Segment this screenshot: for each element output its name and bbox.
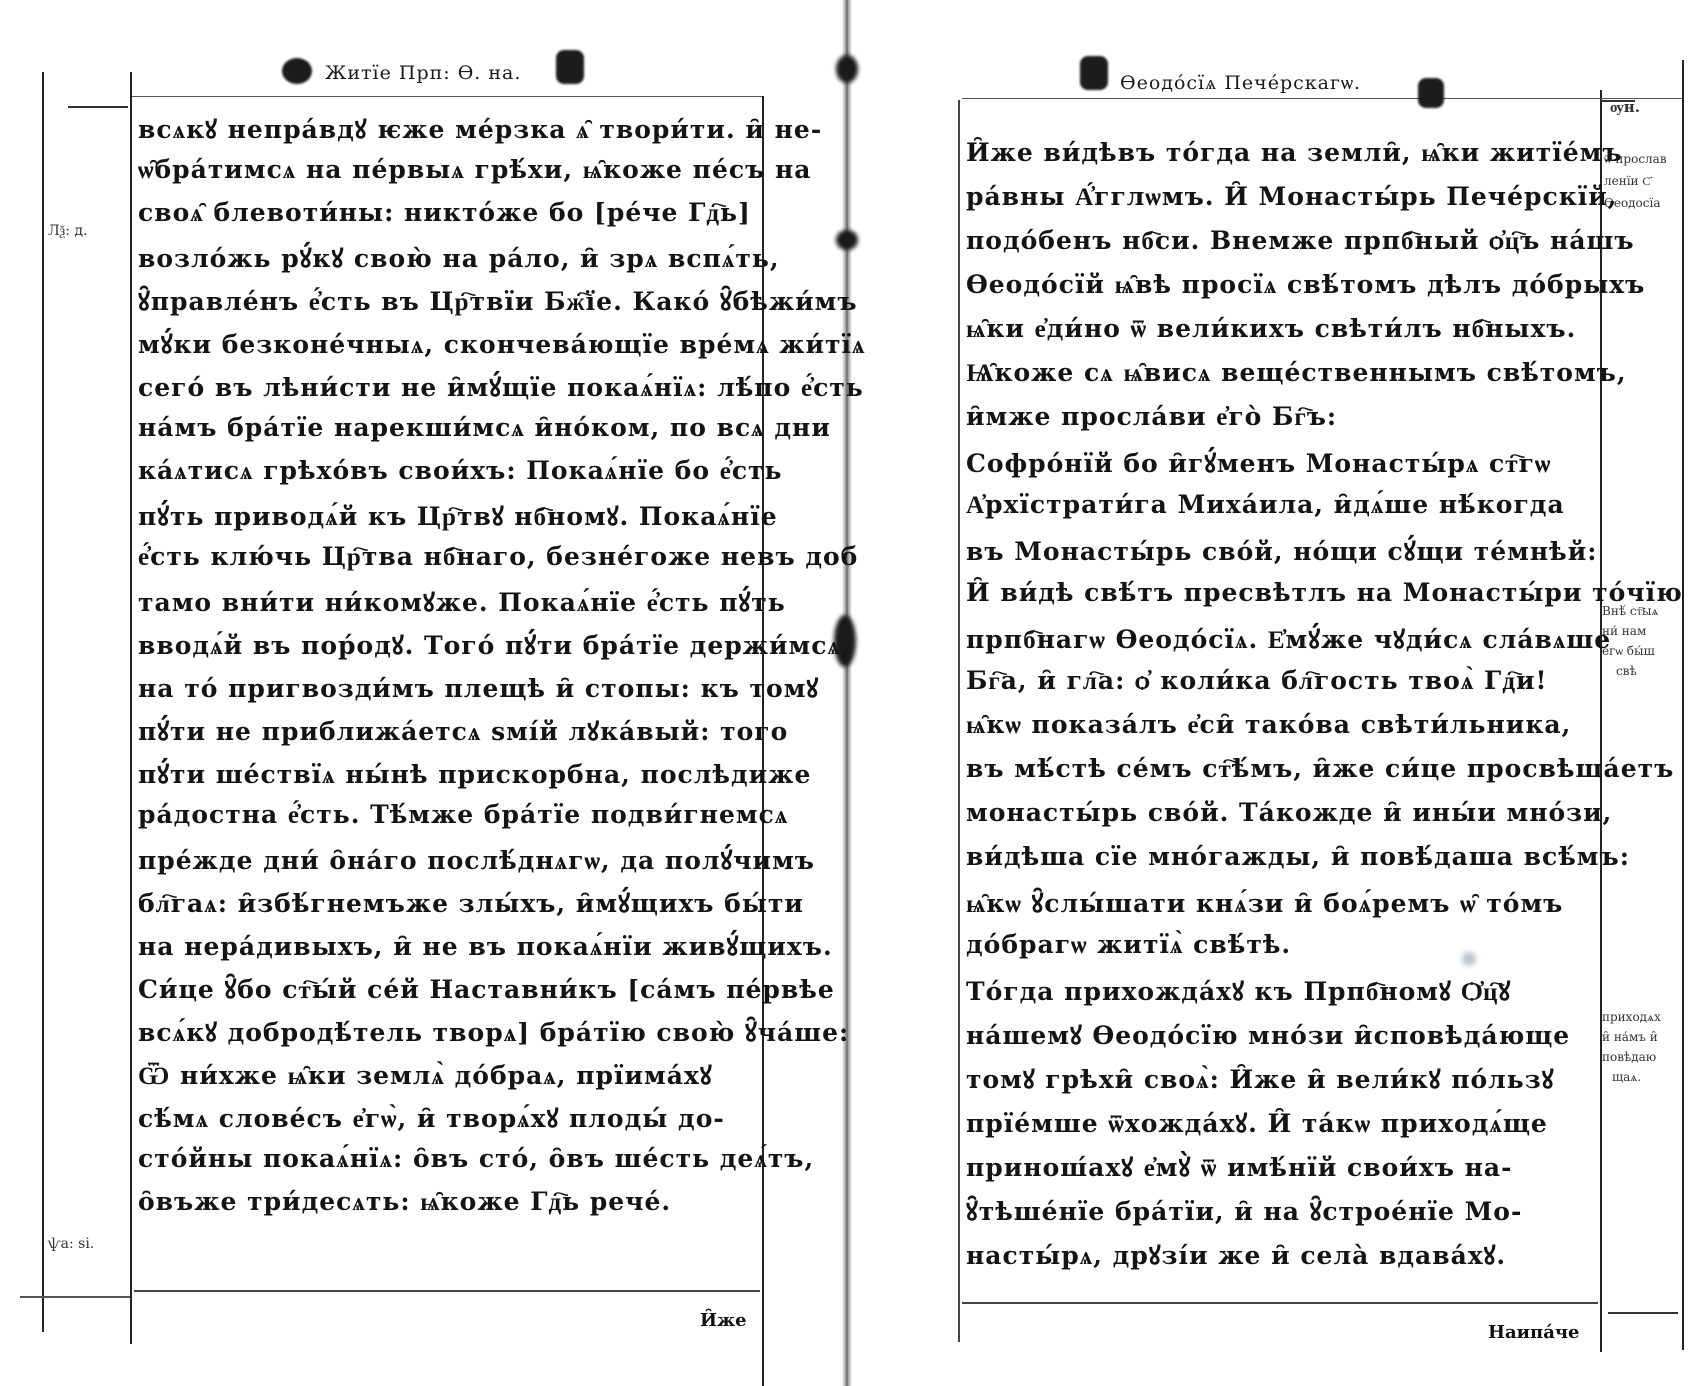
text-line: монасты́рь сво́й. Та́кожде и̑ ины́и мно́…: [966, 798, 1612, 827]
catchword: Наипа́че: [1488, 1322, 1580, 1343]
text-line: принош́ахꙋ е҆мꙋ̀ ѿ имѣ́нїй свои́хъ на-: [966, 1150, 1512, 1184]
margin-note: повѣдаю: [1602, 1048, 1656, 1067]
text-line: ѩ̑кѡ показа́лъ е҆си̑ тако́ва свѣти́льник…: [966, 710, 1571, 740]
text-line: ра́вны А҆́гглѡмъ. И̑ Монасты́рь Пече́рск…: [966, 182, 1618, 212]
text-line: возло́жь рꙋ́кꙋ свою̀ на ра́ло, и̑ зрѧ вс…: [138, 241, 780, 275]
binding-blot: [836, 230, 858, 250]
text-line: То́гда прихожда́хꙋ къ Прпб҇номꙋ Ѻ҆ц҇ꙋ: [966, 974, 1511, 1008]
margin-note: свѣ: [1616, 662, 1637, 681]
left-inner-margin-rule: [130, 72, 132, 1344]
running-head: Житїе Прп: Ѳ. на.: [325, 62, 521, 84]
text-line: ра́достна е҆́сть. Тѣ́мже бра́тїе подви́г…: [138, 800, 788, 830]
book-binding-gutter: [842, 0, 852, 1386]
catchword: И̑же: [700, 1310, 747, 1331]
text-line: на то́ пригвозди́мъ плещѣ и̑ стопы: къ т…: [138, 671, 819, 705]
text-line: е҆́сть клю́чь Цр҇тва нб҇наго, безне́гоже…: [138, 542, 858, 572]
text-line: томꙋ грѣхи̑ своѧ̀: И̑же и̑ вели́кꙋ по́ль…: [966, 1062, 1554, 1096]
text-line: тамо вни́ти ни́комꙋже. Покаѧ́нїе е҆́сть …: [138, 585, 786, 619]
text-line: И̑же ви́дѣвъ то́гда на земли̑, ѩ̑ки житї…: [966, 138, 1623, 168]
text-line: ѡ̑бра́тимсѧ на пе́рвыѧ грѣ́хи, ѩ̑коже пе…: [138, 155, 811, 185]
text-line: Софро́нїй бо и̑гꙋ́менъ Монасты́рѧ ст҇гѡ: [966, 446, 1551, 480]
text-line: пре́жде дни́ о̑на́го послѣ́днѧгѡ, да пол…: [138, 843, 815, 877]
margin-note: приходѧх: [1602, 1008, 1661, 1027]
margin-note: щаѧ.: [1612, 1068, 1641, 1087]
left-outer-margin-rule: [42, 72, 44, 1332]
text-line: ви́дѣша сїе мно́гажды, и̑ повѣ́даша всѣ́…: [966, 842, 1630, 871]
text-line: ꙋ̑тѣше́нїе бра́тїи, и̑ на ꙋ̑строе́нїе Мо…: [966, 1194, 1522, 1228]
right-text-left-rule: [958, 100, 960, 1342]
right-outer-margin-rule: [1682, 60, 1684, 1350]
right-text-bottom-rule: [962, 1302, 1598, 1304]
text-line: пꙋ́ти не приближа́етсѧ ѕмі́й лꙋка́вый: т…: [138, 714, 788, 748]
text-line: ѩ̑ки е҆ди́но ѿ вели́кихъ свѣти́лъ нб҇ных…: [966, 314, 1576, 344]
running-head: Ѳеодо́сїѧ Пече́рскагѡ.: [1120, 72, 1361, 95]
margin-note: и̑ на́мъ и̑: [1602, 1028, 1658, 1047]
text-line: вводѧ́й въ пор́одꙋ. Того́ пꙋ́ти бра́тїе …: [138, 628, 851, 662]
binding-blot: [836, 55, 858, 83]
text-line: ка́ѧтисѧ грѣхо́въ свои́хъ: Покаѧ́нїе бо …: [138, 456, 783, 486]
text-line: пꙋ́ть приводѧ́й къ Цр҇твꙋ нб҇номꙋ. Покаѧ…: [138, 499, 778, 533]
ink-seal-left: [282, 58, 312, 84]
text-line: насты́рѧ, дрꙋзі́и же и̑ села̀ вдава́хꙋ.: [966, 1238, 1506, 1272]
text-line: на нера́дивыхъ, и̑ не въ покаѧ́нїи живꙋ́…: [138, 929, 833, 963]
left-margin-bottom-rule: [20, 1296, 130, 1298]
ink-seal-right: [1418, 78, 1444, 108]
text-line: всѧ́кꙋ добродѣ́тель творѧ] бра́тїю свою̀…: [138, 1015, 849, 1049]
text-line: мꙋ́ки безконе́чныѧ, скончева́ющїе вре́мѧ…: [138, 327, 866, 361]
ink-seal-left: [1080, 56, 1108, 90]
text-line: всѧкꙋ непра́вдꙋ ѥже ме́рзка ѧ̑ твори́ти.…: [138, 112, 822, 146]
text-line: сего́ въ лѣни́сти не и̑мꙋ́щїе покаѧ́нїѧ:…: [138, 370, 864, 404]
margin-note: Лѯ: д.: [48, 222, 87, 241]
text-line: Ѿ ни́хже ѩ̑ки землѧ̀ до́браѧ, прїима́хꙋ: [138, 1058, 713, 1092]
text-line: ꙋ̑правле́нъ е҆́сть въ Цр҇твїи Бж҇їе. Как…: [138, 284, 858, 318]
page-number: ѹн.: [1610, 98, 1640, 117]
right-margin-bottom-rule: [1608, 1312, 1678, 1314]
text-line: до́брагѡ житїѧ̀ свѣ́тѣ.: [966, 930, 1291, 960]
right-head-rule: [962, 98, 1682, 99]
text-line: подо́бенъ нб҇си. Внемже прпб҇ный ѻ҆ц҇ъ н…: [966, 226, 1635, 256]
text-line: пꙋ́ти ше́ствїѧ ны́нѣ прискорбна, послѣди…: [138, 757, 811, 791]
text-line: своѧ̑ блевоти́ны: никто́же бо [ре́че Гд҇…: [138, 198, 751, 228]
scan-smudge: [1462, 952, 1476, 966]
text-line: о̑въже три́десѧть: ѩ̑коже Гд҇ь рече́.: [138, 1187, 671, 1217]
text-line: Ѳеодо́сїй ѩ̑вѣ просїѧ свѣ́томъ дѣлъ до́б…: [966, 270, 1645, 300]
text-line: сто́йны покаѧ́нїѧ: о̑въ сто́, о̑въ ше́ст…: [138, 1144, 814, 1174]
ink-seal-right: [556, 50, 584, 84]
left-head-rule: [132, 96, 762, 97]
left-text-bottom-rule: [134, 1290, 760, 1292]
text-line: ѩ̑кѡ ꙋ̑слы́шати кнѧ́зи и̑ боѧ́ремъ ѡ̑ то…: [966, 886, 1563, 920]
text-line: бл҇гаѧ: и̑збѣ́гнемъже злы́хъ, и̑мꙋ́щихъ …: [138, 886, 804, 920]
text-line: въ мѣ́стѣ се́мъ ст҇ѣ́мъ, и̑же си́це прос…: [966, 754, 1674, 784]
text-line: прїе́мше ѿхожда́хꙋ. И̑ та́кѡ приходѧ́ще: [966, 1106, 1548, 1140]
text-line: и̑мже просла́ви е҆го̀ Бг҇ъ:: [966, 402, 1337, 432]
text-line: на́шемꙋ Ѳеодо́сїю мно́зи и̑сповѣда́юще: [966, 1018, 1570, 1052]
text-line: на́мъ бра́тїе нарекши́мсѧ и̑но́ком, по в…: [138, 413, 831, 443]
margin-note: ѱа: ѕі.: [48, 1235, 94, 1254]
text-line: Си́це ꙋ̑бо ст҇ы́й се́й Наставни́къ [са́м…: [138, 972, 835, 1006]
left-margin-top-rule: [68, 106, 128, 108]
text-line: И̑ ви́дѣ свѣ́тъ пресвѣтлъ на Монасты́ри …: [966, 578, 1683, 607]
text-line: сѣ́мѧ слове́съ е҆гѡ̀, и̑ творѧ́хꙋ плоды́…: [138, 1101, 725, 1135]
text-line: Бг҇а, и̑ гл҇а: ѻ҆ коли́ка бл҇гость твоѧ̀…: [966, 666, 1547, 696]
text-line: прпб҇нагѡ Ѳеодо́сїѧ. Е҆мꙋ́же чꙋди́сѧ сла…: [966, 622, 1611, 656]
text-line: А҆рхїстрати́га Миха́ила, и̑дѧ́ше нѣ́когд…: [966, 490, 1565, 520]
text-line: Ѩ̑коже сѧ ѩ̑висѧ веще́ственнымъ свѣ́томъ…: [966, 358, 1627, 388]
text-line: въ Монасты́рь сво́й, но́щи сꙋ́щи те́мнѣй…: [966, 534, 1598, 568]
